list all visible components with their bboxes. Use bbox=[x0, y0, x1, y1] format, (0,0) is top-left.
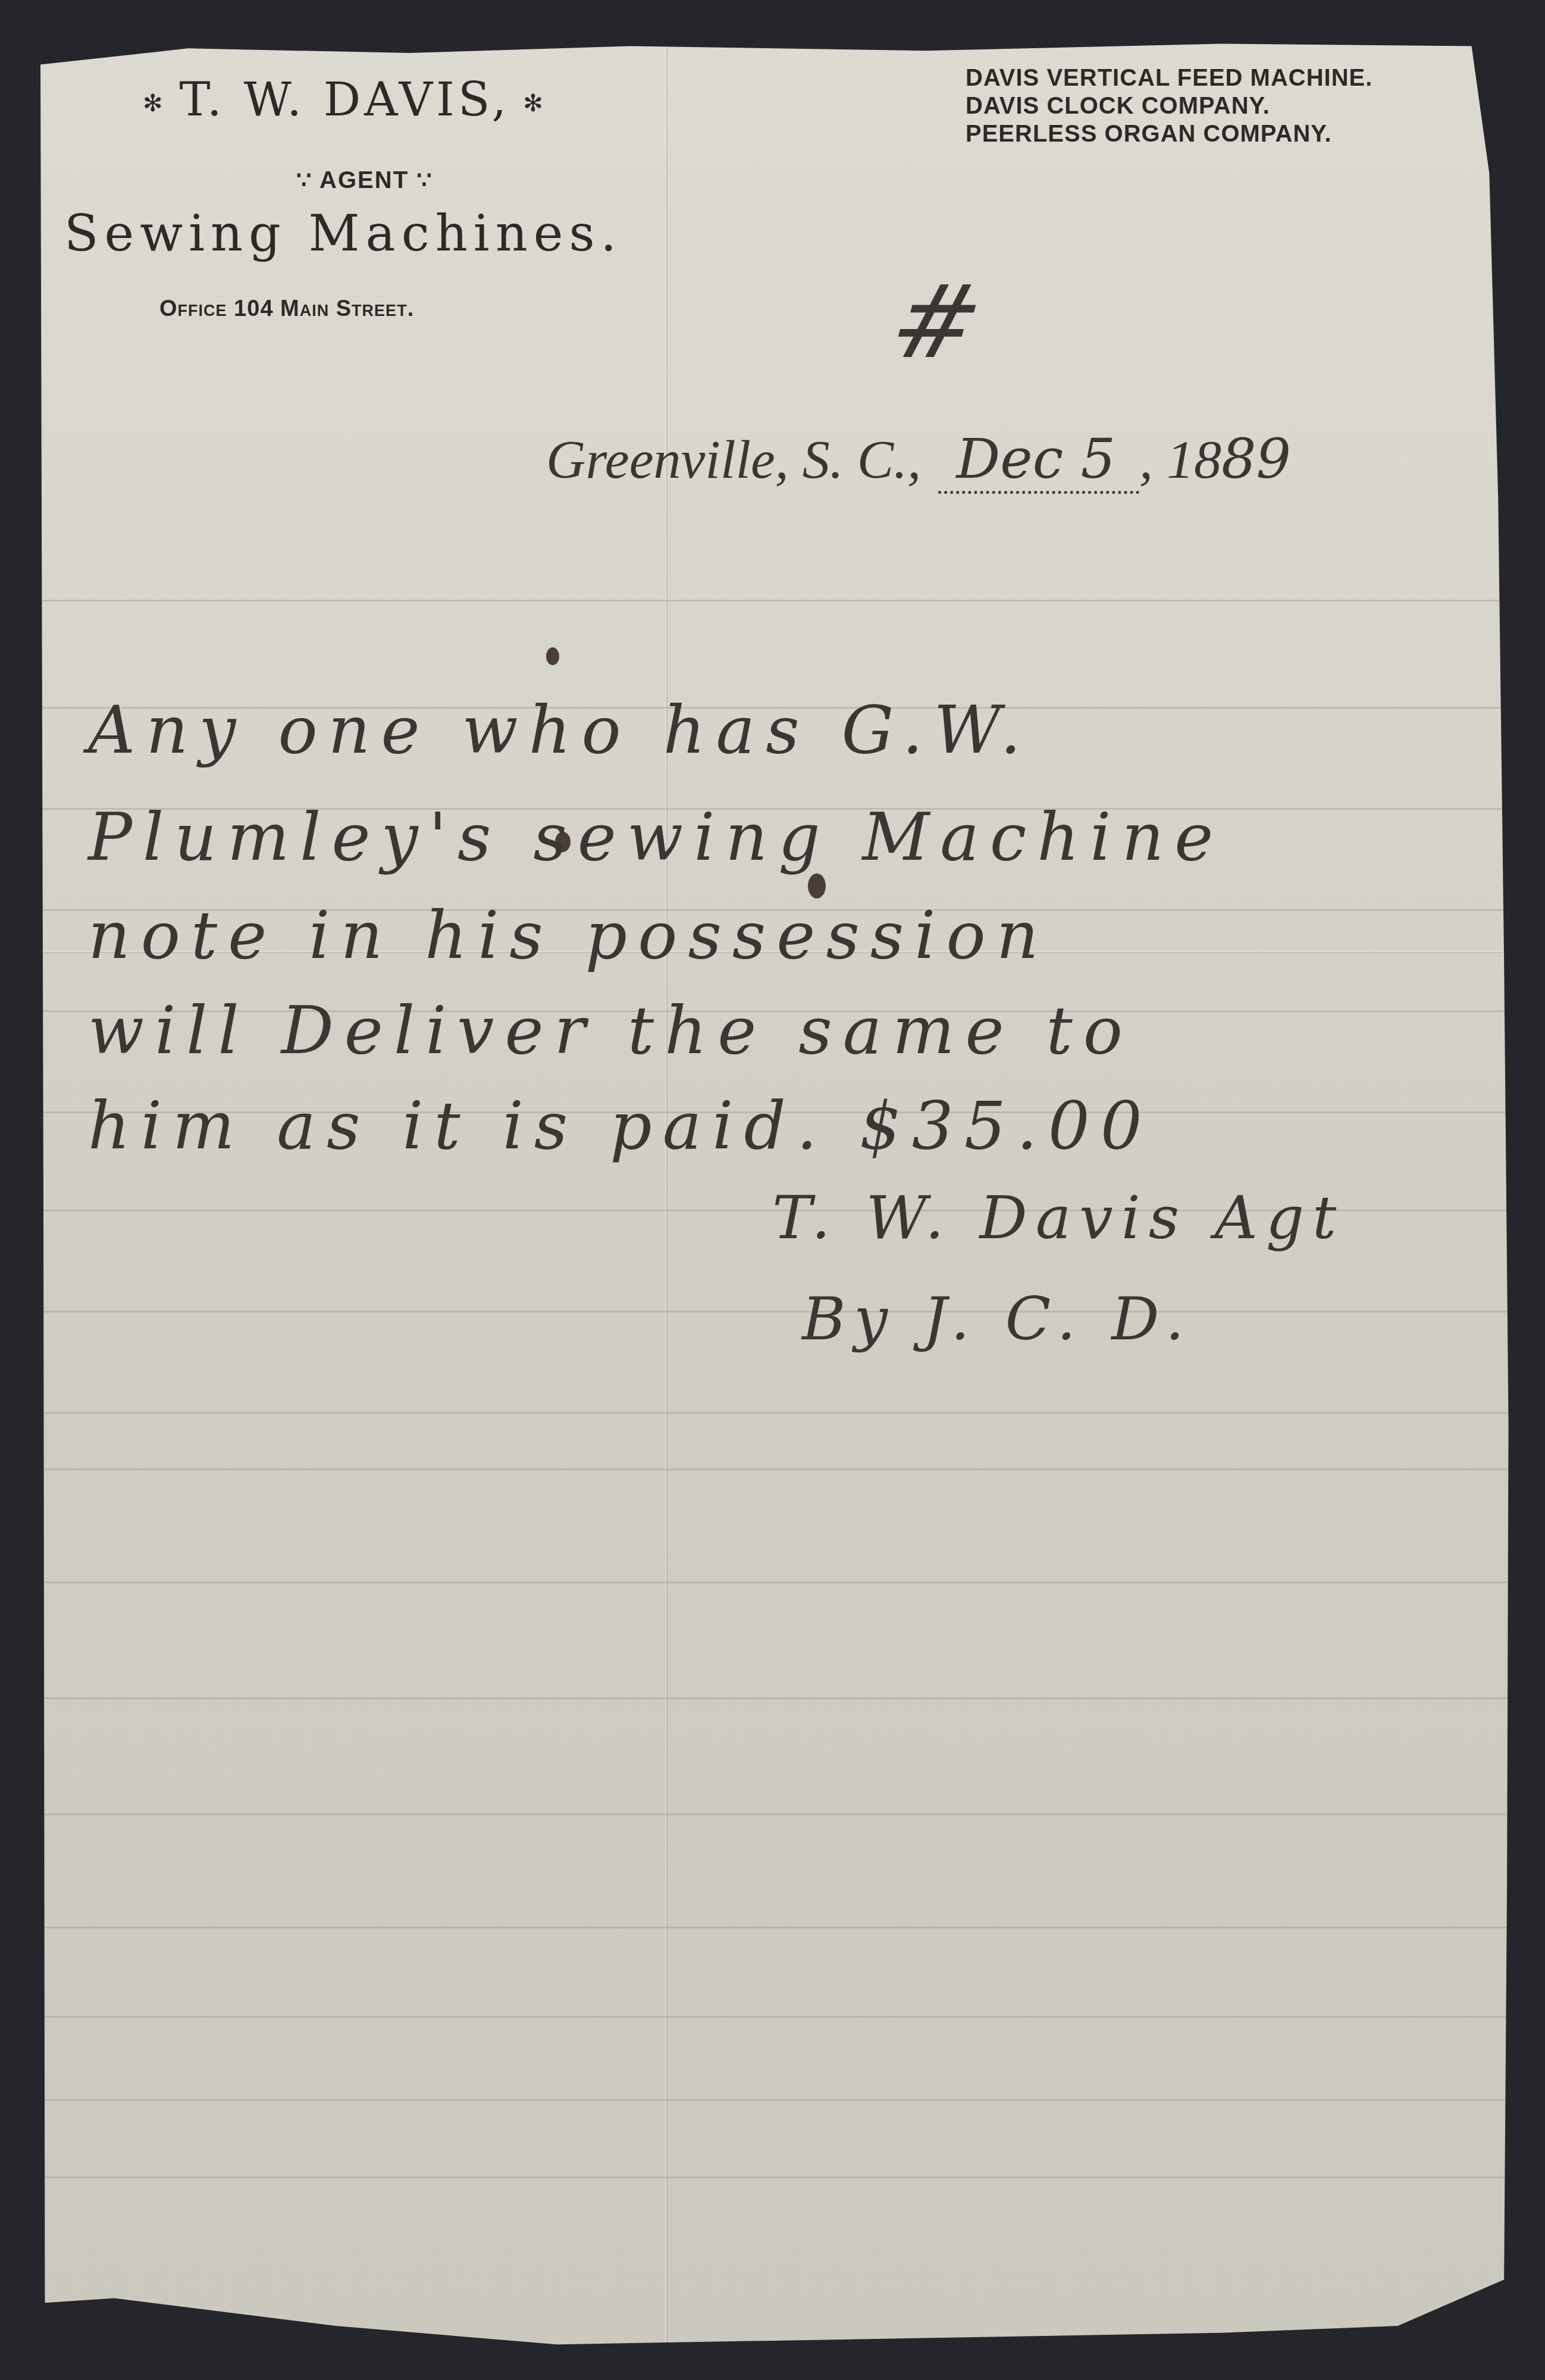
ruled-line bbox=[40, 1927, 1516, 1928]
ink-blot bbox=[546, 647, 559, 665]
body-line: him as it is paid. $35.00 bbox=[88, 1088, 1153, 1164]
ink-blot bbox=[808, 873, 826, 898]
body-line: note in his possession bbox=[88, 897, 1049, 973]
ruled-line bbox=[40, 2016, 1516, 2018]
signature-by: By J. C. D. bbox=[802, 1284, 1193, 1354]
ruled-line bbox=[40, 2099, 1516, 2101]
number-mark: # bbox=[878, 264, 995, 381]
letterhead-role: ∵ AGENT ∵ bbox=[296, 167, 433, 194]
dateline: Greenville, S. C., Dec 5, 1889 bbox=[546, 427, 1291, 491]
dateline-year-suffix: 89 bbox=[1221, 427, 1291, 491]
ruled-line bbox=[40, 1582, 1516, 1583]
product-line: DAVIS VERTICAL FEED MACHINE. bbox=[966, 64, 1372, 92]
letter-paper: ✻T. W. DAVIS,✻ ∵ AGENT ∵ Sewing Machines… bbox=[40, 35, 1516, 2349]
dateline-year-prefix: , 18 bbox=[1139, 429, 1221, 490]
ruled-line bbox=[40, 1412, 1516, 1414]
paper-fold-vertical bbox=[665, 35, 667, 2349]
letterhead-products: DAVIS VERTICAL FEED MACHINE. DAVIS CLOCK… bbox=[966, 64, 1372, 148]
ruled-line bbox=[40, 600, 1516, 602]
product-line: PEERLESS ORGAN COMPANY. bbox=[966, 120, 1372, 148]
letterhead-office-address: Office 104 Main Street. bbox=[159, 296, 414, 322]
dateline-date: Dec 5 bbox=[938, 427, 1139, 494]
ruled-line bbox=[40, 1311, 1516, 1313]
ruled-line bbox=[40, 1814, 1516, 1815]
ruled-line bbox=[40, 2177, 1516, 2178]
star-ornament-icon: ✻ bbox=[523, 90, 547, 117]
ruled-line bbox=[40, 1468, 1516, 1470]
letterhead-business: Sewing Machines. bbox=[64, 204, 622, 262]
body-line: will Deliver the same to bbox=[88, 992, 1133, 1069]
star-ornament-icon: ✻ bbox=[143, 90, 167, 117]
letterhead-name: ✻T. W. DAVIS,✻ bbox=[130, 73, 560, 127]
body-line: Any one who has G.W. bbox=[88, 692, 1032, 768]
signature-name: T. W. Davis Agt bbox=[772, 1183, 1345, 1252]
dateline-place: Greenville, S. C., bbox=[546, 429, 921, 490]
body-line: Plumley's sewing Machine bbox=[88, 799, 1224, 875]
product-line: DAVIS CLOCK COMPANY. bbox=[966, 92, 1372, 120]
ruled-line bbox=[40, 1698, 1516, 1699]
